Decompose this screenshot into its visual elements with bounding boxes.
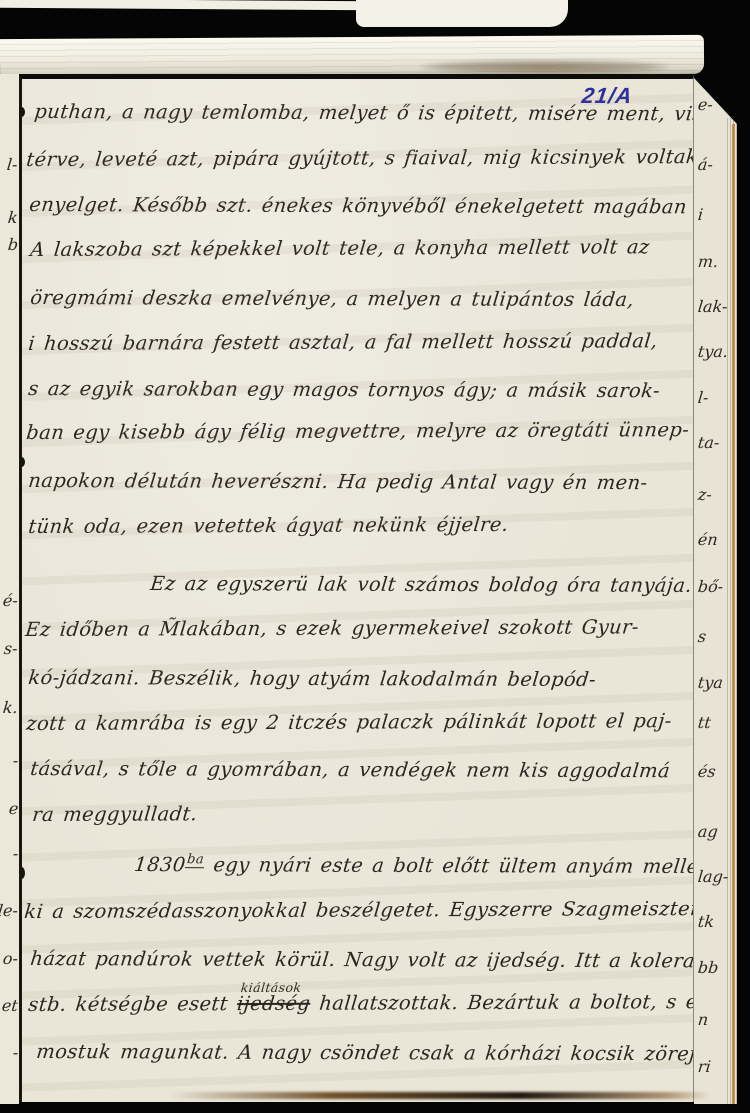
page-edge-fragment: e	[8, 799, 19, 818]
page-edge-fragment: ta-	[697, 433, 720, 452]
scan-smudge	[420, 60, 670, 74]
page-edge-fragment: tt	[697, 713, 712, 732]
page-edge-fragment: lag-	[697, 867, 729, 886]
manuscript-line: térve, leveté azt, pipára gyújtott, s fi…	[24, 145, 694, 180]
page-stack-edge-top-left	[0, 0, 372, 10]
bottom-scan-shadow	[170, 1092, 710, 1099]
page-edge-fragment: n	[697, 1010, 709, 1029]
manuscript-line-correction: stb. kétségbe esett kiáltásokijedség hal…	[26, 990, 694, 1025]
page-edge-fragment: é-	[2, 591, 19, 610]
page-edge-fragment: bő-	[697, 577, 724, 596]
page-edge-fragment: bb	[697, 958, 719, 977]
line-text: egy nyári este a bolt előtt ültem anyám …	[203, 853, 694, 878]
ink-blot	[19, 457, 25, 467]
page-edge-fragment: tya.	[697, 342, 729, 361]
manuscript-line: ra meggyulladt.	[30, 802, 198, 835]
manuscript-line: zott a kamrába is egy 2 itczés palaczk p…	[24, 709, 673, 744]
page-edge-fragment: k	[7, 208, 19, 227]
page-edge-fragment: i	[697, 205, 704, 224]
line-text: stb. kétségbe esett	[27, 992, 238, 1016]
page-edge-fragment: tya	[697, 673, 724, 692]
page-edge-fragment: én	[697, 530, 719, 549]
page-edge-fragment: ri	[697, 1057, 712, 1076]
manuscript-line: házat pandúrok vettek körül. Nagy volt a…	[28, 947, 694, 981]
manuscript-line: kó-jádzani. Beszélik, hogy atyám lakodal…	[26, 666, 597, 700]
page-edge-fragment: és	[697, 762, 717, 781]
manuscript-page: 21/A puthan, a nagy temlomba, melyet ő i…	[19, 74, 694, 1102]
page-edge-fragment: k.	[2, 698, 19, 717]
ink-blot	[19, 107, 25, 117]
page-edge-fragment: -	[12, 751, 19, 770]
page-edge-fragment: lak-	[697, 297, 728, 316]
manuscript-line: puthan, a nagy temlomba, melyet ő is épi…	[32, 100, 694, 134]
manuscript-line: Ez időben a M̃lakában, s ezek gyermekeiv…	[23, 615, 640, 650]
scanned-manuscript-page: l- k b é- s- k. - e - le- o- et - 21/A p…	[0, 0, 750, 1113]
page-edge-fragment: s-	[3, 639, 19, 658]
page-edge-fragment: -	[12, 1043, 19, 1062]
right-page-edge-strip: e- á- i m. lak- tya. l- ta- z- én bő- s …	[694, 78, 737, 1104]
manuscript-line: ki a szomszédasszonyokkal beszélgetet. E…	[22, 897, 694, 932]
correction-struck-word: ijedség	[236, 992, 311, 1015]
manuscript-line: i hosszú barnára festett asztal, a fal m…	[26, 329, 658, 364]
page-edge-fragment: le-	[0, 901, 19, 920]
ink-blot	[19, 867, 25, 879]
page-edge-fragment: e-	[697, 95, 714, 114]
date-text: 1830	[133, 853, 187, 876]
page-edge-fragment: l-	[697, 388, 710, 407]
page-stack-edge-tab	[356, 0, 568, 27]
line-text: hallatszottak. Bezártuk a boltot, s ecze…	[309, 990, 694, 1015]
page-edge-fragment: s	[697, 627, 707, 646]
page-edge-fragment: b	[7, 235, 19, 254]
manuscript-line: napokon délután heverészni. Ha pedig Ant…	[26, 469, 649, 503]
manuscript-line: mostuk magunkat. A nagy csöndet csak a k…	[34, 1040, 694, 1074]
manuscript-line: öregmámi deszka emelvénye, a melyen a tu…	[28, 286, 635, 320]
left-page-edge-strip: l- k b é- s- k. - e - le- o- et -	[0, 74, 19, 1104]
page-edge-fragment: á-	[697, 155, 714, 174]
date-suffix-superscript: ba	[185, 852, 206, 868]
manuscript-line: enyelget. Később szt. énekes könyvéből é…	[27, 193, 688, 227]
page-edge-fragment: m.	[697, 252, 719, 271]
correction: kiáltásokijedség	[236, 992, 311, 1015]
page-edge-fragment: l-	[6, 155, 19, 174]
page-edge-fragment: tk	[697, 912, 715, 931]
manuscript-line-date: 1830ba egy nyári este a bolt előtt ültem…	[132, 852, 694, 886]
page-edge-fragment: et	[1, 996, 19, 1015]
manuscript-line: Ez az egyszerü lak volt számos boldog ór…	[148, 572, 693, 606]
correction-inserted-word: kiáltások	[240, 980, 302, 995]
page-edge-fragment: o-	[2, 949, 19, 968]
manuscript-line: tünk oda, ezen vetettek ágyat nekünk éjj…	[26, 513, 509, 547]
manuscript-line: tásával, s tőle a gyomrában, a vendégek …	[28, 757, 671, 791]
page-edge-fragment: ag	[697, 822, 719, 841]
manuscript-line: A lakszoba szt képekkel volt tele, a kon…	[28, 235, 650, 270]
page-edge-fragment: z-	[697, 485, 713, 504]
manuscript-line: ban egy kisebb ágy félig megvettre, mely…	[24, 418, 690, 453]
page-edge-fragment: -	[12, 844, 19, 863]
manuscript-line: s az egyik sarokban egy magos tornyos ág…	[26, 377, 661, 411]
